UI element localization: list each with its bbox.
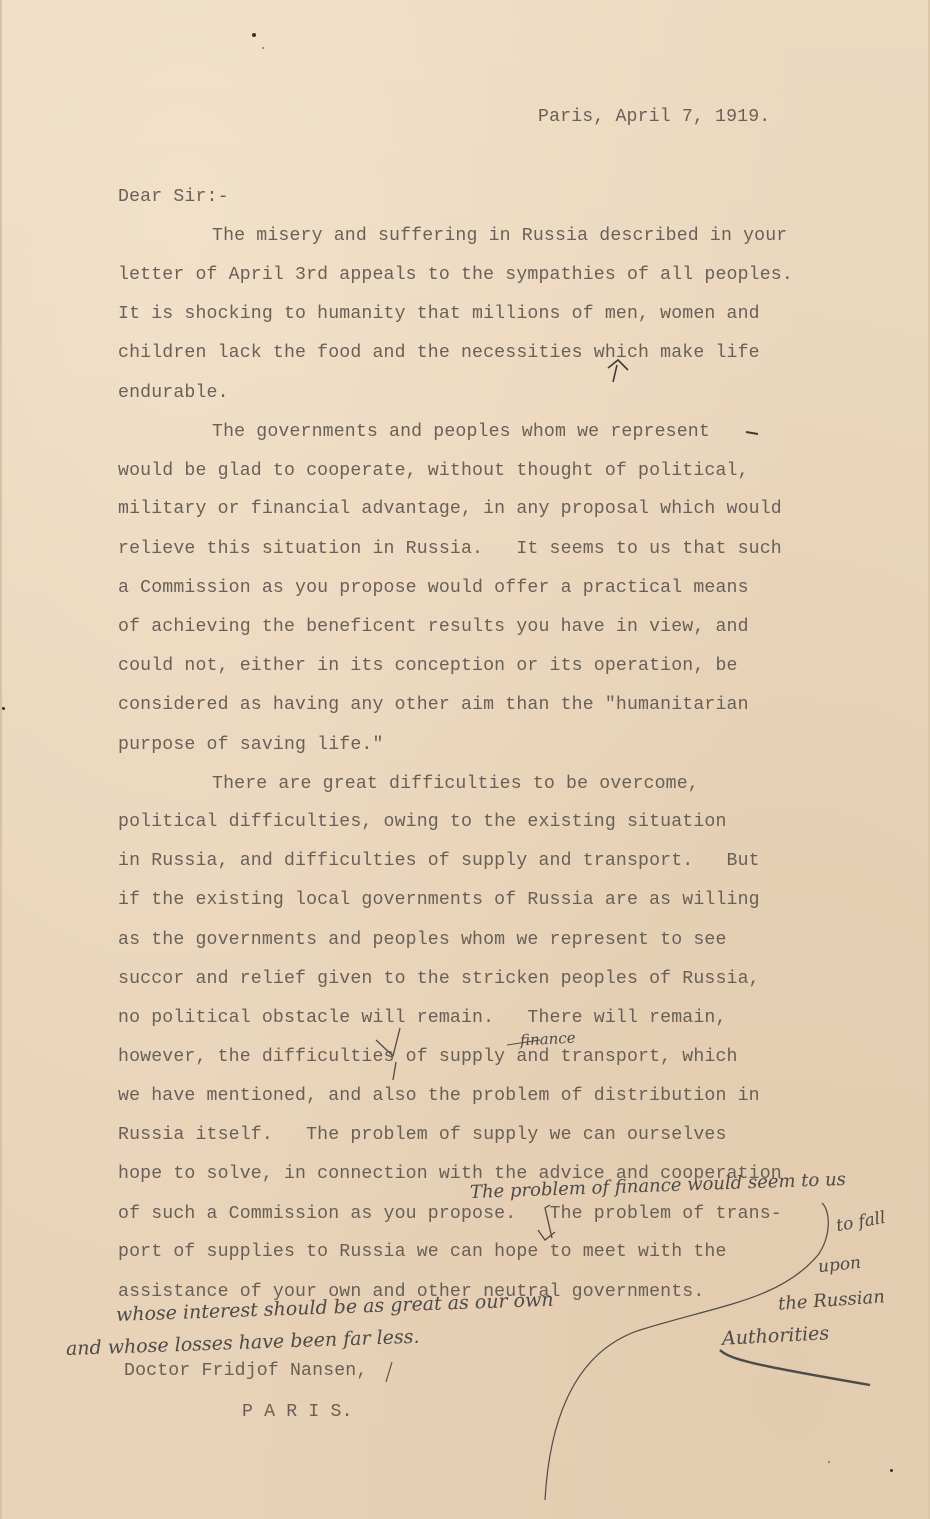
- body-line: There are great difficulties to be overc…: [212, 773, 699, 795]
- addressee-name: Doctor Fridjof Nansen,: [124, 1360, 367, 1382]
- paper-speck: [828, 1461, 830, 1463]
- paper-speck: [2, 707, 5, 710]
- body-line: a Commission as you propose would offer …: [118, 577, 749, 599]
- body-line: purpose of saving life.": [118, 734, 384, 756]
- paper-speck: [252, 33, 256, 37]
- handwritten-note-line-4: the Russian: [777, 1286, 885, 1314]
- body-line: if the existing local governments of Rus…: [118, 889, 760, 911]
- body-line: The governments and peoples whom we repr…: [212, 421, 710, 443]
- body-line: considered as having any other aim than …: [118, 694, 749, 716]
- body-line: in Russia, and difficulties of supply an…: [118, 850, 760, 872]
- body-line: political difficulties, owing to the exi…: [118, 811, 727, 833]
- dateline: Paris, April 7, 1919.: [538, 106, 770, 128]
- body-line: however, the difficulties of supply and …: [118, 1046, 738, 1068]
- body-line: Russia itself. The problem of supply we …: [118, 1124, 727, 1146]
- body-line: letter of April 3rd appeals to the sympa…: [118, 264, 793, 286]
- paper-speck: [262, 47, 264, 49]
- body-line: would be glad to cooperate, without thou…: [118, 460, 749, 482]
- handwritten-note-line-3: upon: [817, 1253, 862, 1277]
- paper-speck: [890, 1469, 893, 1472]
- body-line: military or financial advantage, in any …: [118, 498, 782, 520]
- body-line: children lack the food and the necessiti…: [118, 342, 760, 364]
- body-line: could not, either in its conception or i…: [118, 655, 738, 677]
- letter-page: Paris, April 7, 1919. Dear Sir:- The mis…: [0, 0, 930, 1519]
- body-line: It is shocking to humanity that millions…: [118, 303, 760, 325]
- handwritten-note-line-5: Authorities: [721, 1322, 829, 1350]
- handwritten-insert-finance: finance: [520, 1029, 576, 1050]
- salutation: Dear Sir:-: [118, 186, 229, 208]
- body-line: endurable.: [118, 382, 229, 404]
- body-line: as the governments and peoples whom we r…: [118, 929, 727, 951]
- body-line: we have mentioned, and also the problem …: [118, 1085, 760, 1107]
- body-line: The misery and suffering in Russia descr…: [212, 225, 787, 247]
- handwritten-note-line-7: and whose losses have been far less.: [66, 1326, 420, 1360]
- body-line: port of supplies to Russia we can hope t…: [118, 1241, 727, 1263]
- body-line: relieve this situation in Russia. It see…: [118, 538, 782, 560]
- handwritten-note-line-2: to fall: [835, 1208, 887, 1236]
- body-line: of achieving the beneficent results you …: [118, 616, 749, 638]
- addressee-city: P A R I S.: [242, 1401, 353, 1423]
- body-line: no political obstacle will remain. There…: [118, 1007, 727, 1029]
- body-line: succor and relief given to the stricken …: [118, 968, 760, 990]
- body-line: of such a Commission as you propose. The…: [118, 1203, 782, 1225]
